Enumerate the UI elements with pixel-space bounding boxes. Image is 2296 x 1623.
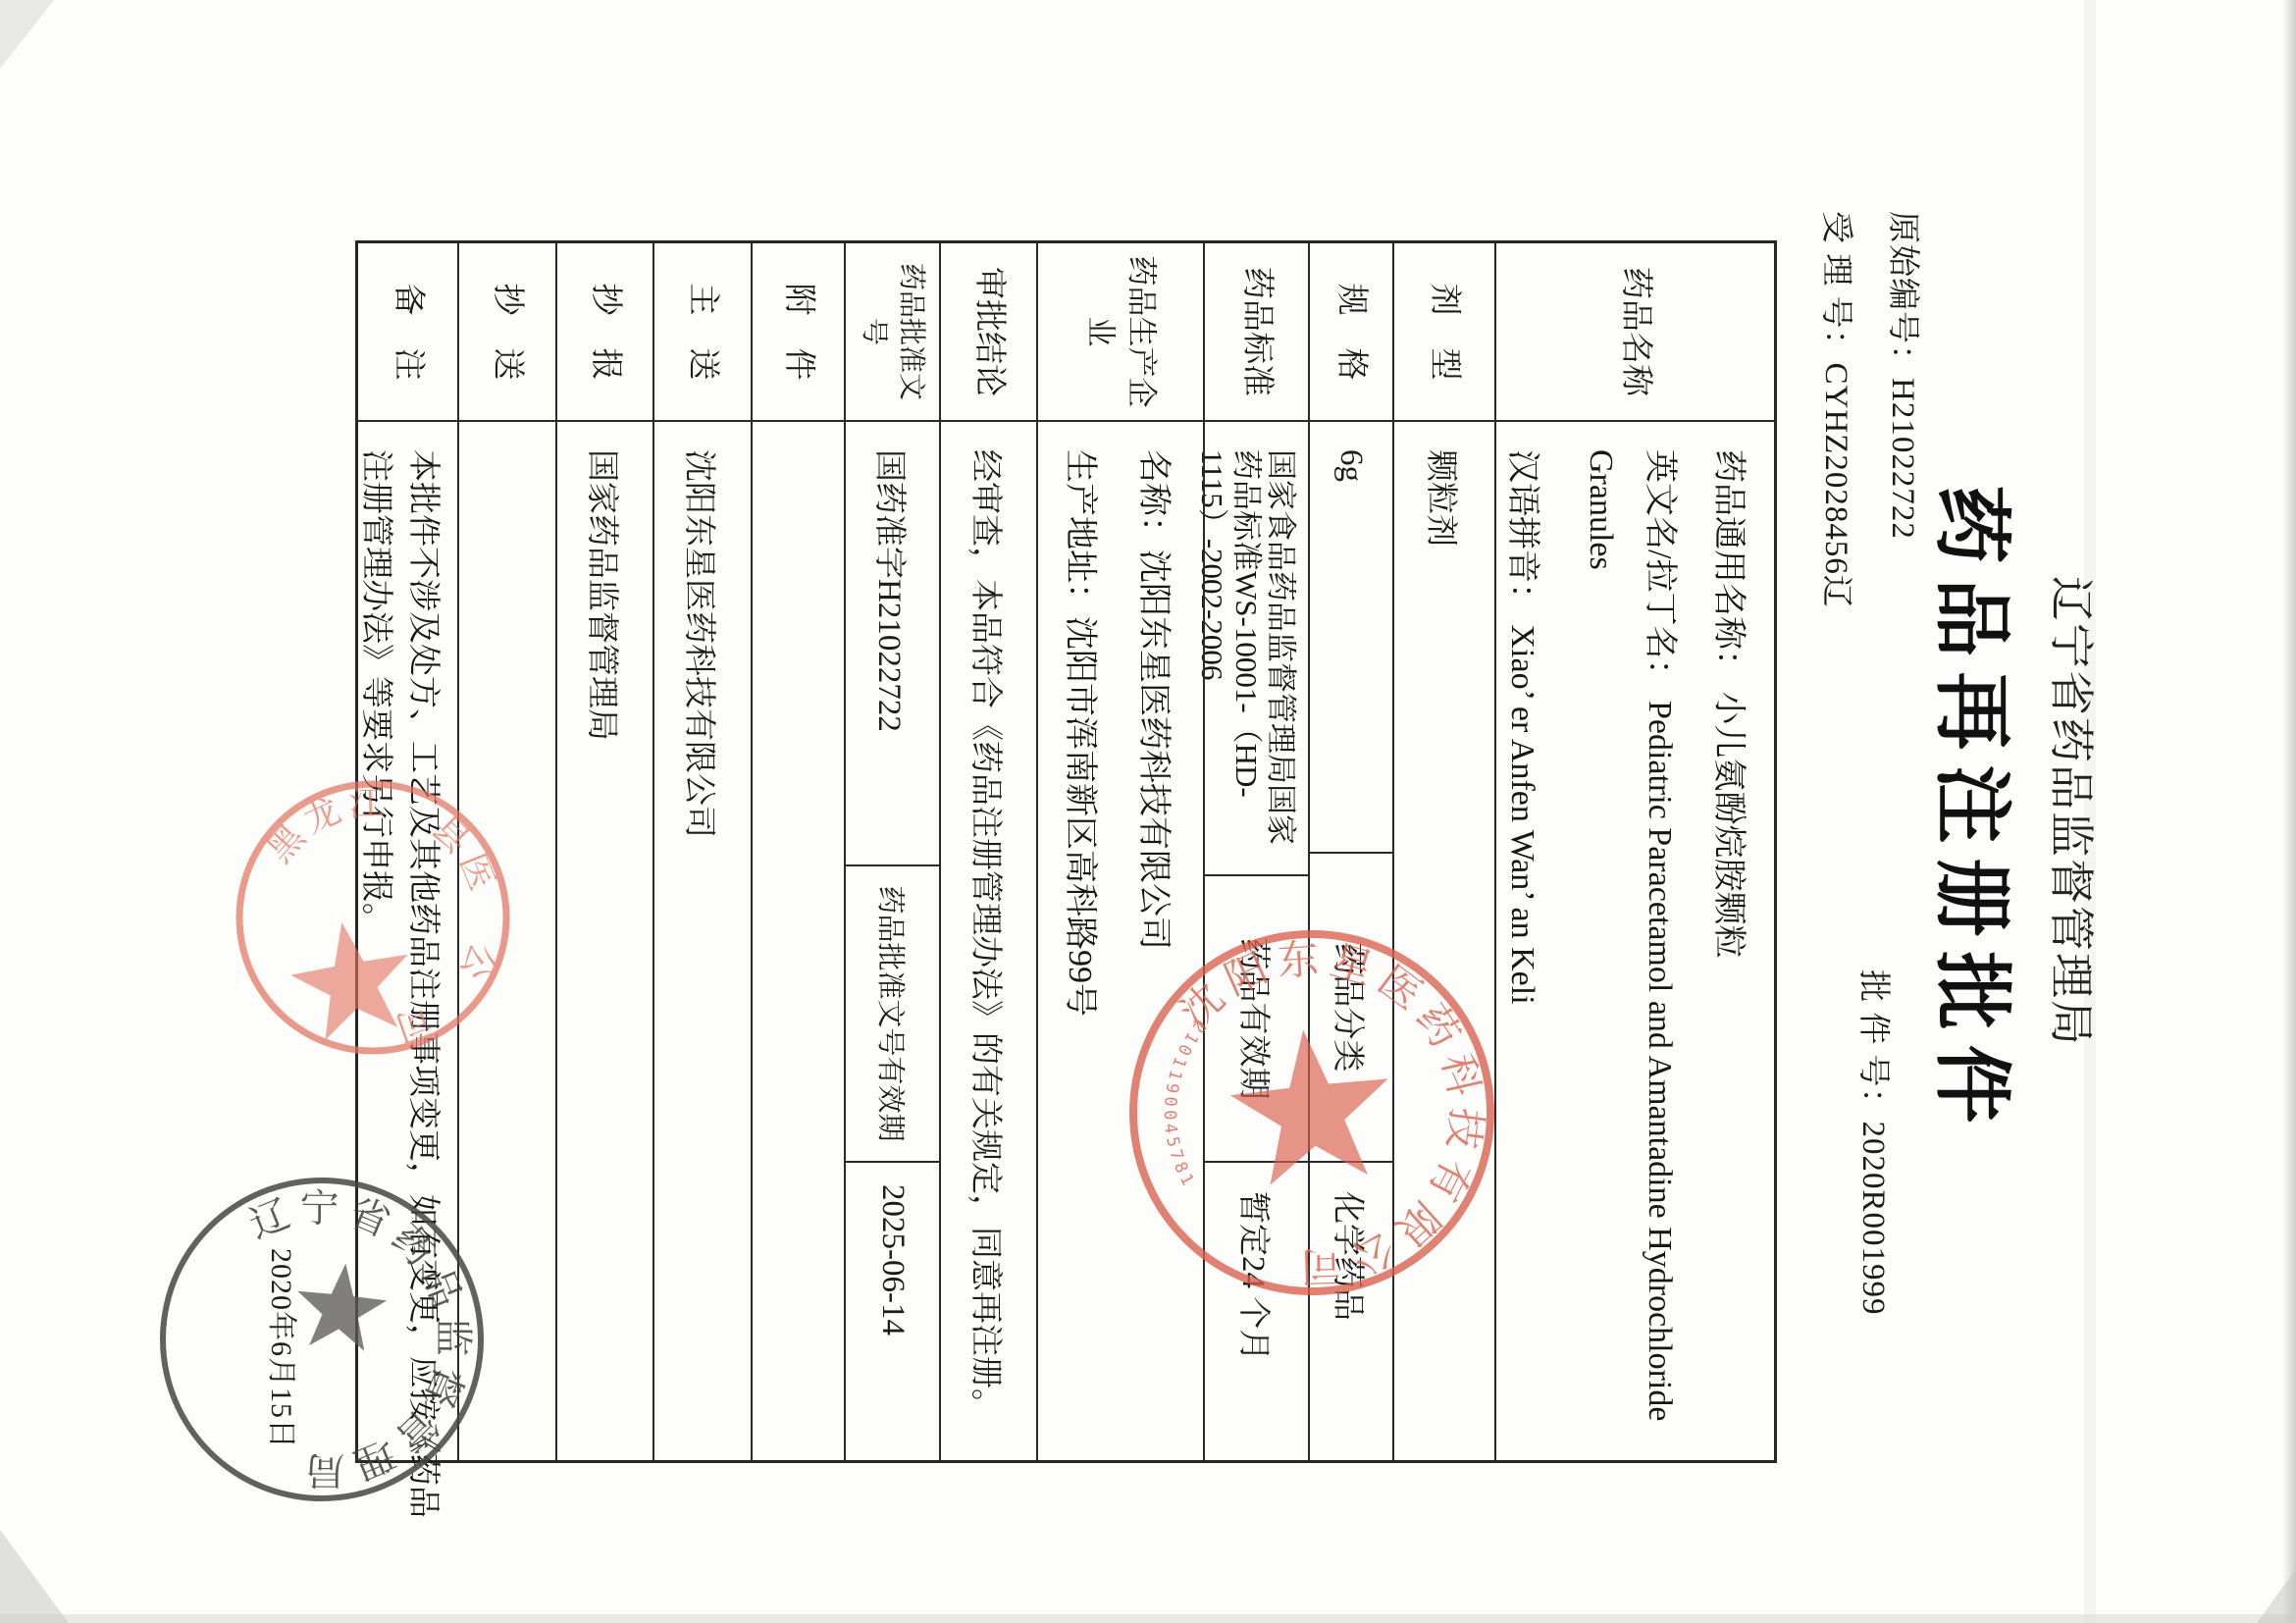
manufacturer-content: 名称：沈阳东星医药科技有限公司 生产地址：沈阳市浑南新区高科路99号: [1038, 422, 1203, 1460]
issue-date: 2020年6月15日: [263, 1248, 306, 1449]
scan-corner-top-right: [2257, 1569, 2296, 1623]
original-number-line: 原始编号：H21022722: [1883, 211, 1929, 540]
license-number-content: 国药准字H21022722 药品批准文号有效期 2025-06-14: [846, 422, 939, 1460]
dosage-form-cell: 颗粒剂: [1394, 422, 1494, 1460]
table-row-license-number: 药品批准文号 国药准字H21022722 药品批准文号有效期 2025-06-1…: [846, 243, 941, 1460]
english-name-wrap-line: Granules: [1582, 449, 1619, 570]
row-label-spec: 规 格: [1310, 243, 1392, 422]
approval-number-value: 2020R001999: [1855, 1122, 1891, 1316]
spec-value-cell: 6g: [1310, 422, 1392, 852]
agency-title: 辽宁省药品监督管理局: [2042, 0, 2107, 1623]
copy-report-cell: 国家药品监督管理局: [557, 422, 652, 1460]
scan-edge-right: [0, 1614, 2296, 1623]
table-row-standard: 药品标准 国家食品药品监督管理局国家 药品标准WS-10001-（HD- 111…: [1205, 243, 1310, 1460]
spec-value: 6g: [1333, 449, 1370, 482]
license-validity-label-cell: 药品批准文号有效期: [846, 864, 939, 1161]
row-label-addressed-to: 主 送: [654, 243, 751, 422]
row-label-license-number: 药品批准文号: [846, 243, 939, 422]
scan-edge-top: [2282, 0, 2296, 1623]
table-row-addressed-to: 主 送 沈阳东星医药科技有限公司: [654, 243, 753, 1460]
standard-value-cell: 国家食品药品监督管理局国家 药品标准WS-10001-（HD- 1115）-20…: [1205, 422, 1308, 874]
manufacturer-address-line: 生产地址：沈阳市浑南新区高科路99号: [1060, 449, 1108, 1017]
addressed-to-cell: 沈阳东星医药科技有限公司: [654, 422, 751, 1460]
table-row-remarks: 备 注 本批件不涉及处方、工艺及其他药品注册事项变更，如有变更，应按《药品 注册…: [358, 243, 459, 1460]
validity-label: 药品有效期: [1233, 938, 1279, 1100]
validity-value-cell: 暂定24 个月: [1205, 1161, 1308, 1460]
approval-number-label: 批 件 号：: [1855, 969, 1891, 1122]
license-number-value: 国药准字H21022722: [869, 449, 915, 732]
row-label-standard: 药品标准: [1205, 243, 1308, 422]
original-number-label: 原始编号：: [1885, 211, 1920, 378]
scan-corner-bottom-left: [0, 0, 54, 69]
approval-number-line: 批 件 号：2020R001999: [1853, 969, 1900, 1316]
drug-name-content: 药品通用名称： 小儿氨酚烷胺颗粒 英文名/拉丁名： Pediatric Para…: [1496, 422, 1774, 1460]
table-row-manufacturer: 药品生产企业 名称：沈阳东星医药科技有限公司 生产地址：沈阳市浑南新区高科路99…: [1038, 243, 1205, 1460]
validity-value: 暂定24 个月: [1233, 1191, 1279, 1361]
license-validity-value-cell: 2025-06-14: [846, 1161, 939, 1460]
certificate-table: 药品名称 药品通用名称： 小儿氨酚烷胺颗粒 英文名/拉丁名： Pediatric…: [355, 240, 1777, 1463]
dosage-form-value: 颗粒剂: [1422, 449, 1468, 547]
spec-content: 6g 药品分类 化学药品: [1310, 422, 1392, 1460]
table-row-spec: 规 格 6g 药品分类 化学药品: [1310, 243, 1394, 1460]
certificate-sheet: 辽宁省药品监督管理局 药品再注册批件 原始编号：H21022722 批 件 号：…: [0, 0, 2296, 1623]
remarks-content: 本批件不涉及处方、工艺及其他药品注册事项变更，如有变更，应按《药品 注册管理办法…: [358, 422, 457, 1460]
conclusion-text: 经审查，本品符合《药品注册管理办法》的有关规定，同意再注册。: [965, 449, 1012, 1421]
validity-label-cell: 药品有效期: [1205, 874, 1308, 1161]
attachment-cell: [753, 422, 844, 1460]
drug-class-label-cell: 药品分类: [1310, 852, 1392, 1161]
table-row-attachment: 附 件: [753, 243, 846, 1460]
acceptance-number-line: 受 理 号：CYHZ2028456辽: [1816, 211, 1862, 608]
remarks-line-2: 注册管理办法》等要求另行申报。: [356, 449, 402, 935]
document-title: 药品再注册批件: [1922, 0, 2035, 1623]
remarks-line-1: 本批件不涉及处方、工艺及其他药品注册事项变更，如有变更，应按《药品: [403, 449, 449, 1518]
license-validity-label: 药品批准文号有效期: [872, 885, 913, 1141]
license-number-cell: 国药准字H21022722: [846, 422, 939, 864]
original-number-value: H21022722: [1885, 378, 1920, 540]
standard-content: 国家食品药品监督管理局国家 药品标准WS-10001-（HD- 1115）-20…: [1205, 422, 1308, 1460]
pinyin-name-line: 汉语拼音： Xiao’ er Anfen Wan’ an Keli: [1502, 449, 1550, 1005]
acceptance-number-value: CYHZ2028456辽: [1818, 363, 1853, 608]
copy-to-cell: [459, 422, 555, 1460]
addressed-to-value: 沈阳东星医药科技有限公司: [680, 449, 726, 838]
scanned-page-canvas: 辽宁省药品监督管理局 药品再注册批件 原始编号：H21022722 批 件 号：…: [0, 0, 2296, 1623]
row-label-dosage-form: 剂 型: [1394, 243, 1494, 422]
conclusion-cell: 经审查，本品符合《药品注册管理办法》的有关规定，同意再注册。: [941, 422, 1036, 1460]
table-row-dosage-form: 剂 型 颗粒剂: [1394, 243, 1496, 1460]
table-row-drug-name: 药品名称 药品通用名称： 小儿氨酚烷胺颗粒 英文名/拉丁名： Pediatric…: [1496, 243, 1774, 1460]
row-label-attachment: 附 件: [753, 243, 844, 422]
generic-name-line: 药品通用名称： 小儿氨酚烷胺颗粒: [1708, 449, 1756, 959]
table-row-copy-report: 抄 报 国家药品监督管理局: [557, 243, 654, 1460]
table-row-conclusion: 审批结论 经审查，本品符合《药品注册管理办法》的有关规定，同意再注册。: [941, 243, 1038, 1460]
row-label-copy-to: 抄 送: [459, 243, 555, 422]
drug-class-value: 化学药品: [1329, 1191, 1375, 1321]
scan-corner-bottom-right: [0, 1530, 69, 1623]
english-name-line: 英文名/拉丁名： Pediatric Paracetamol and Amant…: [1640, 449, 1688, 1421]
drug-class-value-cell: 化学药品: [1310, 1161, 1392, 1460]
row-label-remarks: 备 注: [358, 243, 457, 422]
copy-report-value: 国家药品监督管理局: [582, 449, 628, 741]
row-label-copy-report: 抄 报: [557, 243, 652, 422]
drug-class-label: 药品分类: [1329, 943, 1375, 1073]
table-row-copy-to: 抄 送: [459, 243, 557, 1460]
license-validity-value: 2025-06-14: [874, 1184, 911, 1335]
acceptance-number-label: 受 理 号：: [1818, 211, 1853, 363]
row-label-conclusion: 审批结论: [941, 243, 1036, 422]
row-label-drug-name: 药品名称: [1496, 243, 1774, 422]
row-label-manufacturer: 药品生产企业: [1038, 243, 1203, 422]
manufacturer-name-line: 名称：沈阳东星医药科技有限公司: [1133, 449, 1181, 950]
